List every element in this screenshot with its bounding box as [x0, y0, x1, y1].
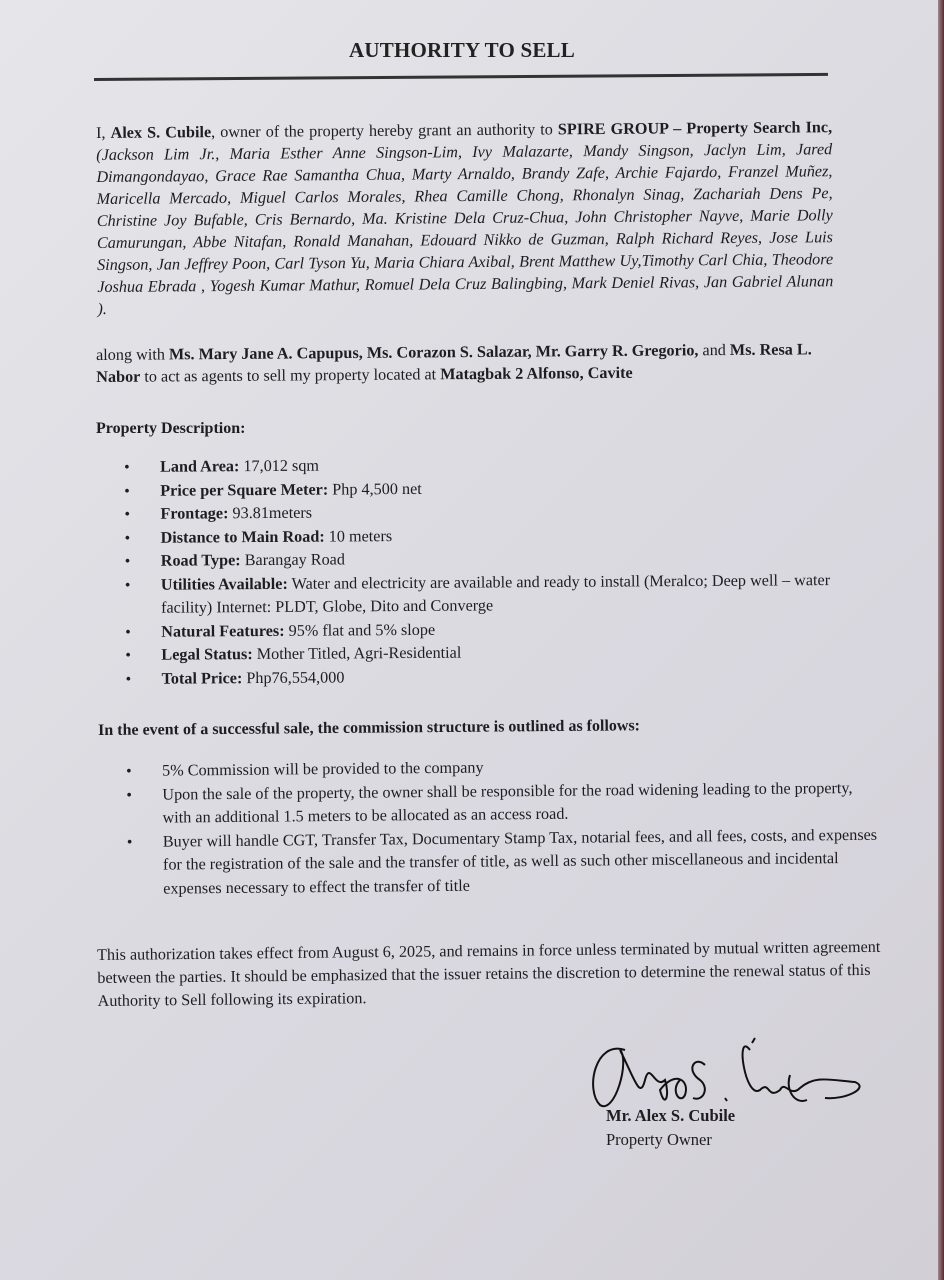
agents-list: (Jackson Lim Jr., Maria Esther Anne Sing… [96, 140, 833, 318]
property-description-list: Land Area: 17,012 sqmPrice per Square Me… [120, 451, 862, 691]
property-value: 95% flat and 5% slope [284, 620, 435, 639]
commission-list: 5% Commission will be provided to the co… [122, 753, 883, 901]
property-value: Php 4,500 net [328, 479, 422, 498]
commission-item: Upon the sale of the property, the owner… [122, 776, 882, 830]
signatory-role: Property Owner [606, 1130, 712, 1150]
effectivity-paragraph: This authorization takes effect from Aug… [97, 936, 888, 1013]
commission-item: Buyer will handle CGT, Transfer Tax, Doc… [123, 823, 884, 901]
grant-intro: I, [96, 124, 111, 142]
property-description-header: Property Description: [96, 420, 245, 438]
property-label: Land Area: [160, 457, 239, 476]
property-label: Price per Square Meter: [160, 480, 328, 499]
owner-name: Alex S. Cubile [111, 123, 212, 142]
title-underline [94, 73, 828, 81]
property-item: Total Price: Php76,554,000 [121, 662, 861, 691]
grant-paragraph: I, Alex S. Cubile, owner of the property… [96, 116, 834, 320]
property-label: Total Price: [161, 669, 242, 688]
document-title: AUTHORITY TO SELL [0, 38, 924, 63]
property-value: 93.81meters [228, 504, 312, 523]
property-label: Utilities Available: [161, 574, 288, 593]
property-location: Matagbak 2 Alfonso, Cavite [440, 364, 633, 384]
property-value: Php76,554,000 [242, 668, 344, 687]
signatory-name: Mr. Alex S. Cubile [606, 1106, 735, 1126]
commission-header: In the event of a successful sale, the c… [98, 717, 640, 740]
property-label: Natural Features: [161, 621, 284, 640]
property-label: Legal Status: [161, 645, 252, 664]
property-item: Utilities Available: Water and electrici… [121, 568, 861, 620]
property-value: Barangay Road [241, 550, 345, 569]
grant-text: , owner of the property hereby grant an … [211, 120, 558, 141]
property-value: 10 meters [325, 527, 393, 545]
property-value: Mother Titled, Agri-Residential [253, 644, 462, 663]
and-text: and [698, 341, 730, 359]
signature [585, 1020, 875, 1120]
property-label: Frontage: [160, 504, 228, 522]
property-label: Distance to Main Road: [161, 527, 325, 546]
property-value: 17,012 sqm [239, 457, 319, 476]
page-edge [938, 0, 944, 1280]
location-intro: to act as agents to sell my property loc… [140, 365, 440, 385]
company-name: SPIRE GROUP – Property Search Inc, [558, 118, 832, 138]
along-prefix: along with [96, 345, 169, 364]
additional-agents-paragraph: along with Ms. Mary Jane A. Capupus, Ms.… [96, 338, 856, 388]
additional-agents: Ms. Mary Jane A. Capupus, Ms. Corazon S.… [169, 341, 699, 363]
property-label: Road Type: [161, 551, 241, 570]
